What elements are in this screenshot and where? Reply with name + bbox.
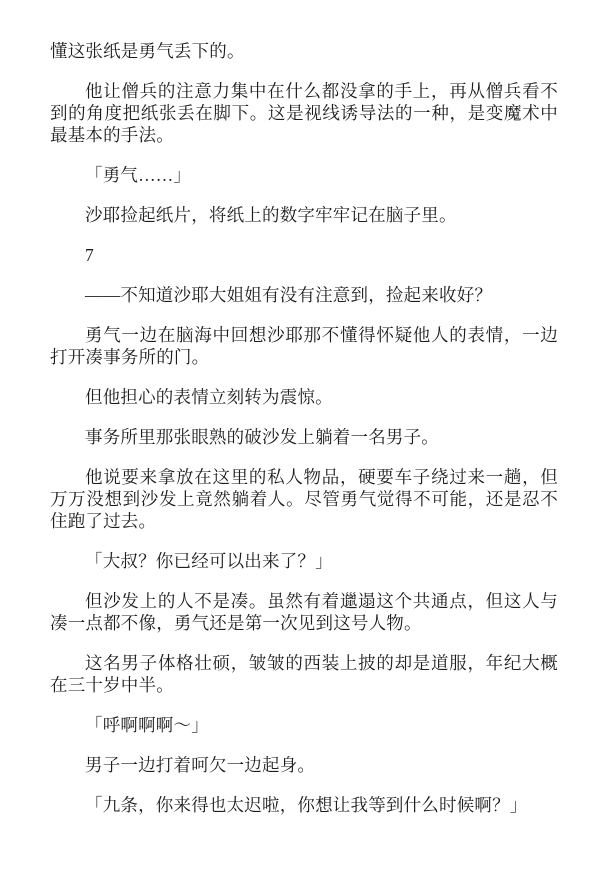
paragraph-dialogue: 「九条，你来得也太迟啦，你想让我等到什么时候啊？」 [50, 794, 558, 816]
paragraph-narration: 但沙发上的人不是凑。虽然有着邋遢这个共通点，但这人与凑一点都不像，勇气还是第一次… [50, 590, 558, 634]
paragraph-narration: 男子一边打着呵欠一边起身。 [50, 754, 558, 776]
section-number: 7 [50, 244, 558, 266]
paragraph-narration: 他说要来拿放在这里的私人物品，硬要车子绕过来一趟，但万万没想到沙发上竟然躺着人。… [50, 466, 558, 532]
paragraph-dialogue: 「大叔？你已经可以出来了？」 [50, 550, 558, 572]
paragraph-dialogue: 「勇气……」 [50, 164, 558, 186]
paragraph-monologue: ——不知道沙耶大姐姐有没有注意到，捡起来收好？ [50, 284, 558, 306]
paragraph-narration: 勇气一边在脑海中回想沙耶那不懂得怀疑他人的表情，一边打开凑事务所的门。 [50, 324, 558, 368]
paragraph-continuation: 懂这张纸是勇气丢下的。 [50, 40, 558, 62]
paragraph-narration: 但他担心的表情立刻转为震惊。 [50, 386, 558, 408]
paragraph-narration: 事务所里那张眼熟的破沙发上躺着一名男子。 [50, 426, 558, 448]
paragraph-narration: 他让僧兵的注意力集中在什么都没拿的手上，再从僧兵看不到的角度把纸张丢在脚下。这是… [50, 80, 558, 146]
book-page: 懂这张纸是勇气丢下的。 他让僧兵的注意力集中在什么都没拿的手上，再从僧兵看不到的… [0, 0, 613, 869]
paragraph-dialogue: 「呼啊啊啊～」 [50, 714, 558, 736]
paragraph-narration: 沙耶捡起纸片，将纸上的数字牢牢记在脑子里。 [50, 204, 558, 226]
paragraph-narration: 这名男子体格壮硕，皱皱的西装上披的却是道服，年纪大概在三十岁中半。 [50, 652, 558, 696]
